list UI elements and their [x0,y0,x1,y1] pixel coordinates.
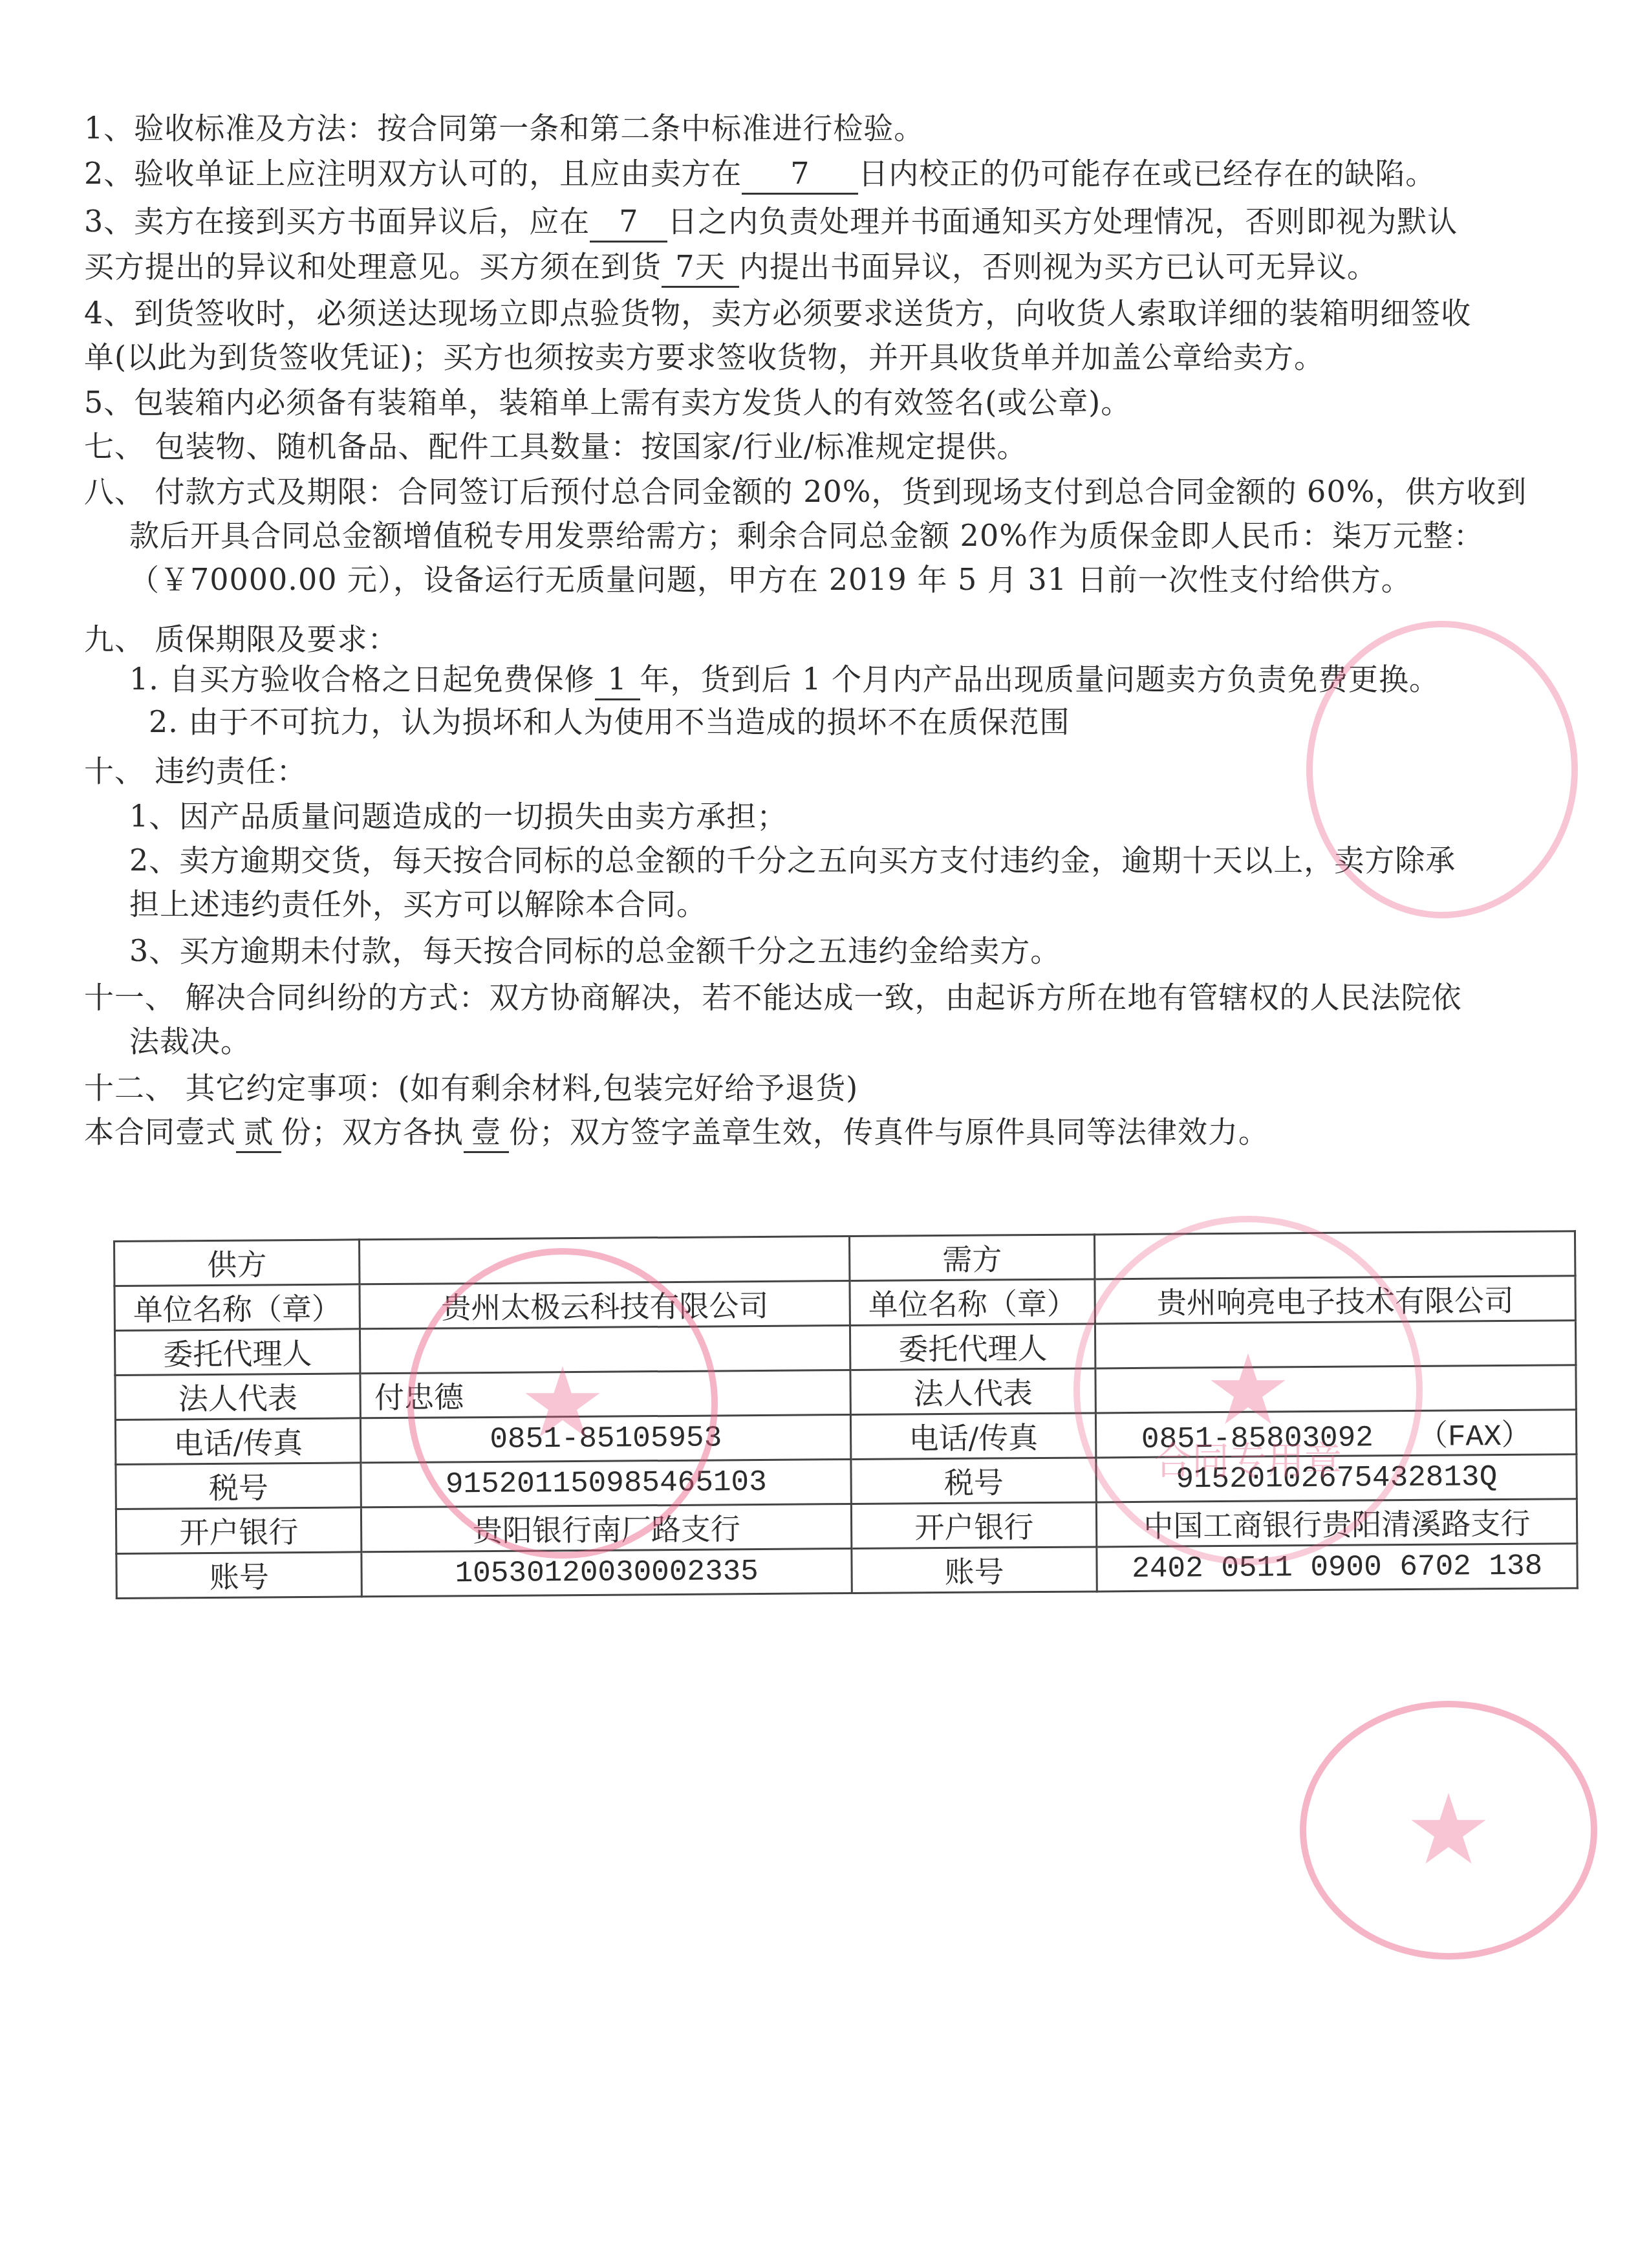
buyer-bank: 中国工商银行贵阳清溪路支行 [1097,1499,1577,1547]
section-7-packaging: 七、 包装物、随机备品、配件工具数量：按国家/行业/标准规定提供。 [84,427,1028,466]
supplier-phone: 0851-85105953 [361,1415,851,1463]
liability-item-2b: 担上述违约责任外，买方可以解除本合同。 [129,885,707,923]
copies-total: 贰 [236,1112,281,1153]
clause-acceptance-4a: 4、到货签收时，必须送达现场立即点验货物，卖方必须要求送货方，向收货人索取详细的… [84,294,1471,332]
liability-item-1: 1、因产品质量问题造成的一切损失由卖方承担； [129,797,787,836]
contract-page: 1、验收标准及方法：按合同第一条和第二条中标准进行检验。 2、验收单证上应注明双… [0,0,1649,2268]
section-9-warranty: 九、 质保期限及要求： [84,620,398,658]
buyer-header: 需方 [849,1235,1095,1281]
section-11-disputes-a: 十一、 解决合同纠纷的方式：双方协商解决，若不能达成一致，由起诉方所在地有管辖权… [84,978,1462,1017]
section-8-payment-b: 款后开具合同总金额增值税专用发票给需方；剩余合同总金额 20%作为质保金即人民币… [129,516,1484,555]
buyer-company-name: 贵州响亮电子技术有限公司 [1095,1276,1575,1324]
warranty-item-1: 1. 自买方验收合格之日起免费保修1年，货到后 1 个月内产品出现质量问题卖方负… [129,660,1439,700]
supplier-header: 供方 [114,1240,360,1286]
section-8-payment-c: （￥70000.00 元），设备运行无质量问题，甲方在 2019 年 5 月 3… [129,560,1412,599]
buyer-tax-id: 91520102675432813Q [1096,1454,1577,1502]
copies-each: 壹 [464,1112,509,1153]
supplier-bank: 贵阳银行南厂路支行 [361,1504,852,1552]
buyer-agent [1095,1321,1576,1368]
section-11-disputes-b: 法裁决。 [129,1022,251,1061]
buyer-legal-rep [1095,1365,1576,1413]
clause-acceptance-3: 3、卖方在接到买方书面异议后，应在7日之内负责处理并书面通知买方处理情况，否则即… [84,202,1458,243]
buyer-account: 2402 0511 0900 6702 138 [1097,1544,1577,1592]
section-10-liability: 十、 违约责任： [84,751,307,790]
parties-table: 供方 需方 单位名称（章） 贵州太极云科技有限公司 单位名称（章） 贵州响亮电子… [113,1230,1579,1599]
buyer-phone: 0851-85803092 （FAX） [1096,1410,1577,1458]
correction-days: 7 [742,154,858,195]
handling-days: 7 [590,202,667,243]
section-12-other: 十二、 其它约定事项：(如有剩余材料,包装完好给予退货) [84,1068,858,1107]
clause-acceptance-5: 5、包装箱内必须备有装箱单，装箱单上需有卖方发货人的有效签名(或公章)。 [84,383,1131,422]
supplier-company-name: 贵州太极云科技有限公司 [360,1281,850,1329]
edge-seal-icon: ★ [1300,1701,1597,1960]
liability-item-3: 3、买方逾期未付款，每天按合同标的总金额千分之五违约金给卖方。 [129,931,1061,970]
clause-acceptance-3b: 买方提出的异议和处理意见。买方须在到货7天内提出书面异议，否则视为买方已认可无异… [84,247,1377,288]
table-row: 账号 10530120030002335 账号 2402 0511 0900 6… [116,1544,1577,1599]
supplier-account: 10530120030002335 [361,1549,852,1597]
warranty-item-2: 2. 由于不可抗力，认为损坏和人为使用不当造成的损坏不在质保范围 [149,702,1070,741]
supplier-legal-rep: 付忠德 [360,1370,850,1418]
supplier-tax-id: 915201150985465103 [361,1460,851,1507]
supplier-agent [360,1326,850,1374]
clause-acceptance-4b: 单(以此为到货签收凭证)；买方也须按卖方要求签收货物，并开具收货单并加盖公章给卖… [84,338,1324,376]
copies-clause: 本合同壹式贰份；双方各执壹份；双方签字盖章生效，传真件与原件具同等法律效力。 [84,1112,1269,1153]
clause-acceptance-1: 1、验收标准及方法：按合同第一条和第二条中标准进行检验。 [84,109,924,147]
warranty-years: 1 [595,660,640,700]
clause-acceptance-2: 2、验收单证上应注明双方认可的，且应由卖方在7日内校正的仍可能存在或已经存在的缺… [84,154,1436,195]
objection-days: 7天 [662,247,739,288]
liability-item-2a: 2、卖方逾期交货，每天按合同标的总金额的千分之五向买方支付违约金，逾期十天以上，… [129,841,1456,880]
section-8-payment-a: 八、 付款方式及期限：合同签订后预付总合同金额的 20%，货到现场支付到总合同金… [84,472,1527,511]
